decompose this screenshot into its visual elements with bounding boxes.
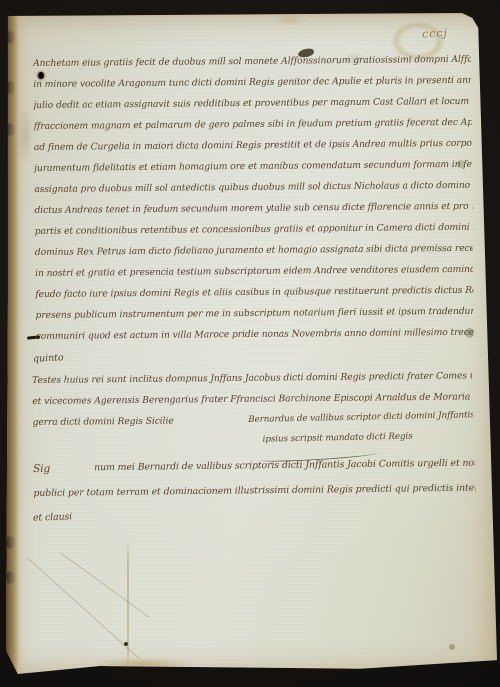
text-line: communiri quod est actum in villa Maroce… bbox=[36, 323, 474, 348]
folio-number: cccj bbox=[422, 26, 449, 40]
edge-stain bbox=[267, 12, 313, 28]
vertical-crease bbox=[127, 538, 129, 676]
binding-stitch bbox=[7, 82, 13, 93]
binding-stitch bbox=[7, 124, 13, 135]
bottom-edge-stain bbox=[83, 656, 203, 672]
binding-stitch bbox=[7, 572, 13, 583]
diagonal-crease bbox=[60, 552, 150, 617]
diagonal-crease bbox=[27, 557, 139, 658]
manuscript-page: cccj Anchetam eius gratiis fecit de duob… bbox=[5, 12, 499, 676]
closing-words: et clausi bbox=[33, 511, 72, 523]
scribe-note: Bernardus de vallibus scriptor dicti dom… bbox=[248, 406, 474, 451]
binding-stitch bbox=[7, 32, 13, 43]
binding-stitch bbox=[7, 537, 13, 548]
speck bbox=[449, 644, 455, 650]
sig-word: Sig bbox=[33, 458, 50, 483]
text-line: publici per totam terram et dominacionem… bbox=[33, 478, 475, 509]
text-line: ipsius scripsit mandato dicti Regis bbox=[248, 426, 473, 451]
notarial-clause: Sig num mei Bernardi de vallibus scripto… bbox=[33, 453, 476, 509]
dating-word: quinto bbox=[33, 352, 64, 365]
main-paragraph: Anchetam eius gratiis fecit de duobus mi… bbox=[33, 50, 474, 348]
